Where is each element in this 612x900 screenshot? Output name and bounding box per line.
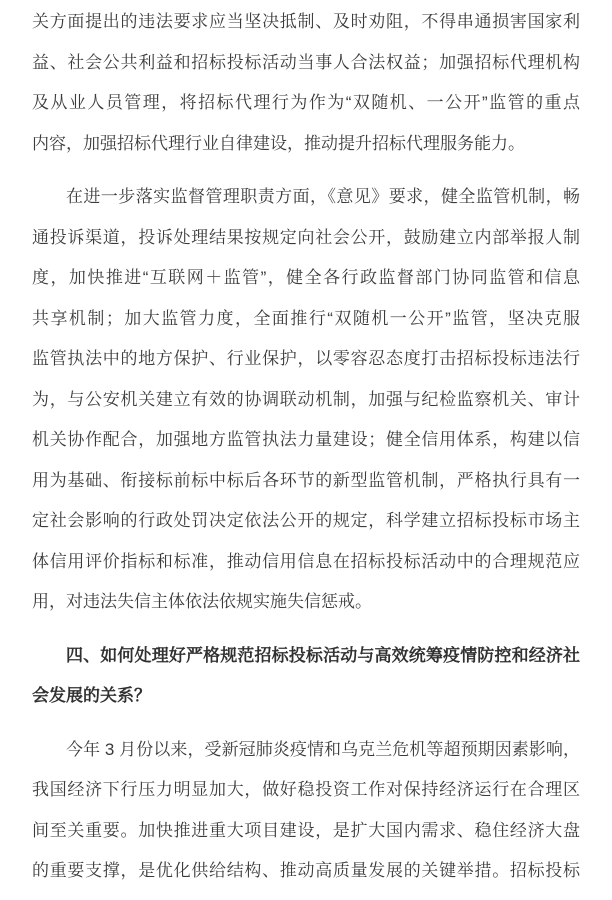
text-line: 及从业人员管理，将招标代理行为作为“双随机、一公开”监管的重点 (32, 83, 580, 124)
text-line: 益、社会公共利益和招标投标活动当事人合法权益；加强招标代理机构 (32, 43, 580, 84)
text-line: 的重要支撑，是优化供给结构、推动高质量发展的关键举措。招标投标 (32, 851, 580, 892)
text-line: 通投诉渠道，投诉处理结果按规定向社会公开，鼓励建立内部举报人制 (32, 218, 580, 259)
paragraph-supervision-duties: 在进一步落实监督管理职责方面，《意见》要求，健全监管机制，畅 通投诉渠道，投诉处… (32, 177, 580, 623)
text-line: 在进一步落实监督管理职责方面，《意见》要求，健全监管机制，畅 (32, 177, 580, 218)
text-line: 用，对违法失信主体依法依规实施失信惩戒。 (32, 582, 580, 623)
text-line: 间至关重要。加快推进重大项目建设，是扩大国内需求、稳住经济大盘 (32, 811, 580, 852)
paragraph-economic-context: 今年 3 月份以来，受新冠肺炎疫情和乌克兰危机等超预期因素影响， 我国经济下行压… (32, 730, 580, 892)
text-line: 共享机制；加大监管力度，全面推行“双随机一公开”监管，坚决克服 (32, 299, 580, 340)
heading-line: 四、如何处理好严格规范招标投标活动与高效统筹疫情防控和经济社 (32, 636, 580, 677)
text-line: 我国经济下行压力明显加大，做好稳投资工作对保持经济运行在合理区 (32, 770, 580, 811)
paragraph-regulation-agencies: 关方面提出的违法要求应当坚决抵制、及时劝阻，不得串通损害国家利 益、社会公共利益… (32, 2, 580, 164)
text-line: 监管执法中的地方保护、行业保护，以零容忍态度打击招标投标违法行 (32, 339, 580, 380)
text-line: 度，加快推进“互联网＋监管”，健全各行政监督部门协同监管和信息 (32, 258, 580, 299)
text-line: 今年 3 月份以来，受新冠肺炎疫情和乌克兰危机等超预期因素影响， (32, 730, 580, 771)
text-line: 用为基础、衔接标前标中标后各环节的新型监管机制，严格执行具有一 (32, 461, 580, 502)
text-line: 体信用评价指标和标准，推动信用信息在招标投标活动中的合理规范应 (32, 542, 580, 583)
text-line: 为，与公安机关建立有效的协调联动机制，加强与纪检监察机关、审计 (32, 380, 580, 421)
section-heading-four: 四、如何处理好严格规范招标投标活动与高效统筹疫情防控和经济社 会发展的关系？ (32, 636, 580, 717)
document-page: 关方面提出的违法要求应当坚决抵制、及时劝阻，不得串通损害国家利 益、社会公共利益… (0, 0, 612, 900)
text-line: 机关协作配合，加强地方监管执法力量建设；健全信用体系，构建以信 (32, 420, 580, 461)
heading-line: 会发展的关系？ (32, 676, 580, 717)
text-line: 内容，加强招标代理行业自律建设，推动提升招标代理服务能力。 (32, 124, 580, 165)
text-line: 定社会影响的行政处罚决定依法公开的规定，科学建立招标投标市场主 (32, 501, 580, 542)
text-line: 关方面提出的违法要求应当坚决抵制、及时劝阻，不得串通损害国家利 (32, 2, 580, 43)
